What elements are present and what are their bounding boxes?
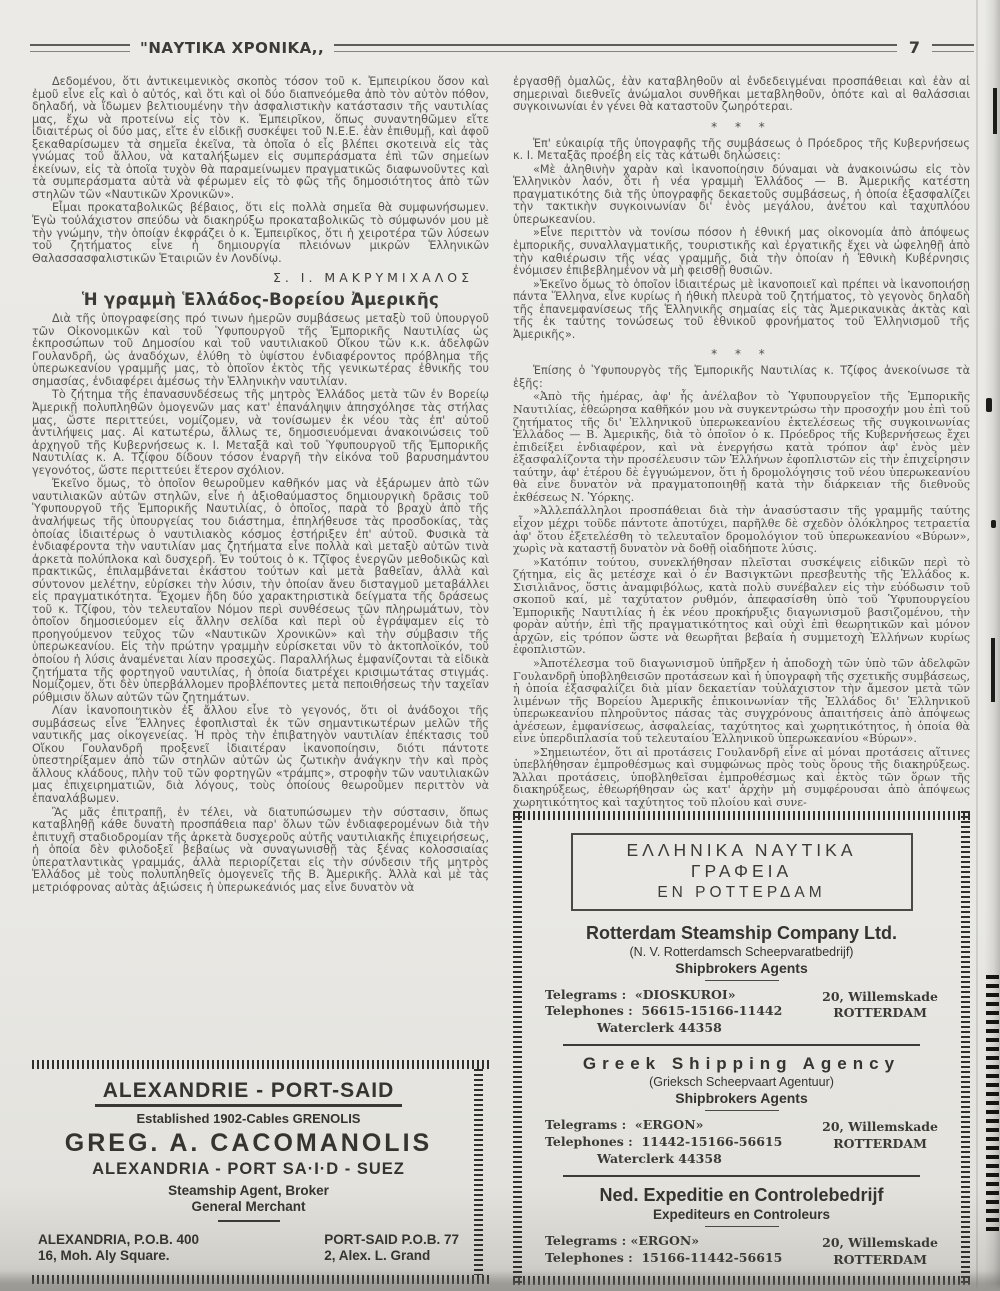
ad-title: ALEXANDRIE - PORT-SAID <box>95 1079 403 1107</box>
magazine-page: "ΝΑΥΤΙΚΑ ΧΡΟΝΙΚΑ,, 7 Δεδομένου, ὅτι ἀντι… <box>0 0 1000 1291</box>
paragraph: Διὰ τῆς ὑπογραφείσης πρό τινων ἡμερῶν συ… <box>32 313 489 388</box>
contact-block: Telegrams : «ERGON» Telephones : 11442-1… <box>543 1117 940 1168</box>
masthead: "ΝΑΥΤΙΚΑ ΧΡΟΝΙΚΑ,, 7 <box>30 38 974 57</box>
paragraph: ἐργασθῇ ὁμαλῶς, ἐὰν καταβληθοῦν αἱ ἐνδεδ… <box>513 76 970 114</box>
address-line: 2, Alex. L. Grand <box>324 1248 459 1264</box>
telegrams-line: Telegrams : «DIOSKUROI» <box>545 987 782 1004</box>
company-role: Shipbrokers Agents <box>543 1090 940 1106</box>
quote-paragraph: »Ἀποτέλεσμα τοῦ διαγωνισμοῦ ὑπῆρξεν ἡ ἀπ… <box>513 658 970 746</box>
contact-lines: Telegrams : «DIOSKUROI» Telephones : 566… <box>545 987 782 1038</box>
page-fold-line <box>976 0 978 1291</box>
ad-address-portsaid: PORT-SAID P.O.B. 77 2, Alex. L. Grand <box>324 1232 459 1264</box>
telegrams-value: «DIOSKUROI» <box>635 987 736 1002</box>
ad-title-line: ΕΝ ΡΟΤΤΕΡΔΑΜ <box>577 884 907 902</box>
quote-paragraph: «Ἀπὸ τῆς ἡμέρας, ἀφ' ἧς ἀνέλαβον τὸ Ὑφυπ… <box>513 391 970 504</box>
contact-address: 20, Willemskade ROTTERDAM <box>822 987 938 1023</box>
role-underline <box>705 980 779 981</box>
hatch-border-left <box>513 811 522 1285</box>
section-separator: * * * <box>513 120 970 134</box>
paragraph: Τὸ ζήτημα τῆς ἐπανασυνδέσεως τῆς μητρὸς … <box>32 389 489 477</box>
paragraph: Ἂς μᾶς ἐπιτραπῇ, ἐν τέλει, νὰ διατυπώσωμ… <box>32 807 489 895</box>
ad-addresses: ALEXANDRIA, P.O.B. 400 16, Moh. Aly Squa… <box>34 1232 463 1264</box>
ad-title-box: ΕΛΛΗΝΙΚΑ ΝΑΥΤΙΚΑ ΓΡΑΦΕΙΑ ΕΝ ΡΟΤΤΕΡΔΑΜ <box>571 833 913 911</box>
address-line: 20, Willemskade <box>822 1119 938 1136</box>
telephones-line: Telephones : 11442-15166-56615 <box>545 1134 782 1151</box>
address-line: ROTTERDAM <box>822 1005 938 1022</box>
paragraph: Δεδομένου, ὅτι ἀντικειμενικὸς σκοπὸς τόσ… <box>32 76 489 201</box>
company-role: Shipbrokers Agents <box>543 960 940 976</box>
ad-divider-rule <box>218 1220 280 1222</box>
contact-lines: Telegrams : «ERGON» Telephones : 11442-1… <box>545 1117 782 1168</box>
binding-mark <box>991 638 995 702</box>
address-line: 16, Moh. Aly Square. <box>38 1248 199 1264</box>
quote-paragraph: »Ἐκεῖνο ὅμως τὸ ὁποῖον ἰδιαιτέρως μὲ ἱκα… <box>513 279 970 342</box>
hatch-border-top <box>513 811 970 820</box>
paragraph: Ἐκεῖνο ὅμως, τὸ ὁποῖον θεωροῦμεν καθῆκόν… <box>32 478 489 704</box>
telegrams-line: Telegrams : «ERGON» <box>545 1117 782 1134</box>
company-name: Ned. Expeditie en Controlebedrijf <box>543 1185 940 1206</box>
telephones-value: 56615-15166-11442 <box>641 1003 782 1018</box>
right-column: ἐργασθῇ ὁμαλῶς, ἐὰν καταβληθοῦν αἱ ἐνδεδ… <box>513 76 970 1284</box>
binding-mark <box>993 88 997 134</box>
quote-paragraph: »Ἀλλεπάλληλοι προσπάθειαι διὰ τὴν ἀνασύσ… <box>513 505 970 555</box>
paragraph: Ἐπίσης ὁ Ὑφυπουργὸς τῆς Ἐμπορικῆς Ναυτιλ… <box>513 365 970 390</box>
telephones-value: 11442-15166-56615 <box>641 1134 782 1149</box>
hatch-border-right <box>474 1069 483 1275</box>
address-line: PORT-SAID P.O.B. 77 <box>324 1232 459 1248</box>
contact-address: 20, Willemskade ROTTERDAM <box>822 1233 938 1269</box>
contact-address: 20, Willemskade ROTTERDAM <box>822 1117 938 1153</box>
hatch-border-top <box>32 1060 489 1069</box>
ad-role-line: General Merchant <box>34 1199 463 1215</box>
telegrams-label: Telegrams : <box>545 1117 626 1132</box>
binding-mark <box>991 520 996 528</box>
binding-mark-hatch <box>986 975 999 1233</box>
author-signature: Σ. Ι. ΜΑΚΡΥΜΙΧΑΛΟΣ <box>32 270 489 285</box>
company-name: Greek Shipping Agency <box>543 1054 940 1074</box>
ad-address-alexandria: ALEXANDRIA, P.O.B. 400 16, Moh. Aly Squa… <box>38 1232 199 1264</box>
role-underline <box>705 1110 779 1111</box>
section-divider <box>563 1175 920 1177</box>
company-name: Rotterdam Steamship Company Ltd. <box>543 923 940 944</box>
quote-paragraph: »Σημειωτέον, ὅτι αἱ προτάσεις Γουλανδρῆ … <box>513 747 970 810</box>
telephones-line: Telephones : 15166-11442-56615 <box>545 1250 782 1267</box>
masthead-rule-right <box>932 44 974 52</box>
page-bottom-shadow <box>0 1271 1000 1291</box>
ad-role-line: Steamship Agent, Broker <box>34 1183 463 1199</box>
contact-lines: Telegrams : «ERGON» Telephones : 15166-1… <box>545 1233 782 1267</box>
telephones-label: Telephones : <box>545 1250 633 1265</box>
telegrams-label: Telegrams : <box>545 1233 626 1248</box>
address-line: ROTTERDAM <box>822 1136 938 1153</box>
ad-title-line: ΕΛΛΗΝΙΚΑ ΝΑΥΤΙΚΑ ΓΡΑΦΕΙΑ <box>577 840 907 882</box>
ad-rotterdam-offices: ΕΛΛΗΝΙΚΑ ΝΑΥΤΙΚΑ ΓΡΑΦΕΙΑ ΕΝ ΡΟΤΤΕΡΔΑΜ Ro… <box>513 811 970 1285</box>
company-subtitle: (Grieksch Scheepvaart Agentuur) <box>543 1075 940 1089</box>
address-line: ROTTERDAM <box>822 1252 938 1269</box>
quote-paragraph: »Εἶνε περιττὸν νὰ τονίσω πόσον ἡ ἐθνική … <box>513 227 970 277</box>
telegrams-label: Telegrams : <box>545 987 626 1002</box>
ad-section-rotterdam-steamship: Rotterdam Steamship Company Ltd. (N. V. … <box>543 923 940 1038</box>
paragraph: Ἐπ' εὐκαιρίᾳ τῆς ὑπογραφῆς τῆς συμβάσεως… <box>513 138 970 163</box>
contact-block: Telegrams : «ERGON» Telephones : 15166-1… <box>543 1233 940 1269</box>
telegrams-value: «ERGON» <box>631 1233 700 1248</box>
telegrams-value: «ERGON» <box>635 1117 704 1132</box>
role-underline <box>705 1226 779 1227</box>
section-separator: * * * <box>513 347 970 361</box>
company-subtitle: Expediteurs en Controleurs <box>543 1207 940 1222</box>
magazine-title: "ΝΑΥΤΙΚΑ ΧΡΟΝΙΚΑ,, <box>140 39 324 57</box>
telephones-value: 15166-11442-56615 <box>641 1250 782 1265</box>
telephones-label: Telephones : <box>545 1134 633 1149</box>
address-line: 20, Willemskade <box>822 989 938 1006</box>
article-heading: Ἡ γραμμὴ Ἑλλάδος-Βορείου Ἀμερικῆς <box>32 290 489 309</box>
masthead-rule-left <box>30 44 130 52</box>
ad-established-line: Established 1902-Cables GRENOLIS <box>34 1111 463 1126</box>
ad-section-ned-expeditie: Ned. Expeditie en Controlebedrijf Expedi… <box>543 1185 940 1269</box>
address-line: ALEXANDRIA, P.O.B. 400 <box>38 1232 199 1248</box>
ad-company-name: GREG. A. CACOMANOLIS <box>34 1129 463 1158</box>
article-columns: Δεδομένου, ὅτι ἀντικειμενικὸς σκοπὸς τόσ… <box>32 76 970 1284</box>
masthead-rule-middle <box>334 44 897 52</box>
telephones-label: Telephones : <box>545 1003 633 1018</box>
waterclerk-line: Waterclerk 44358 <box>545 1151 782 1168</box>
binding-mark <box>986 398 992 412</box>
left-column: Δεδομένου, ὅτι ἀντικειμενικὸς σκοπὸς τόσ… <box>32 76 489 1284</box>
address-line: 20, Willemskade <box>822 1235 938 1252</box>
telephones-line: Telephones : 56615-15166-11442 <box>545 1003 782 1020</box>
paragraph: Εἶμαι προκαταβολικῶς βέβαιος, ὅτι εἰς πο… <box>32 202 489 265</box>
page-number: 7 <box>907 38 922 57</box>
quote-paragraph: »Κατόπιν τούτου, συνεκλήθησαν πλεῖσται σ… <box>513 557 970 657</box>
contact-block: Telegrams : «DIOSKUROI» Telephones : 566… <box>543 987 940 1038</box>
quote-paragraph: «Μὲ ἀληθινὴν χαρὰν καὶ ἱκανοποίησιν δύνα… <box>513 164 970 227</box>
hatch-border-right <box>961 811 970 1285</box>
ad-cities-line: ALEXANDRIA - PORT SA·I·D - SUEZ <box>34 1160 463 1179</box>
paragraph: Λίαν ἱκανοποιητικὸν ἐξ ἄλλου εἶνε τὸ γεγ… <box>32 705 489 805</box>
telegrams-line: Telegrams : «ERGON» <box>545 1233 782 1250</box>
section-divider <box>563 1044 920 1046</box>
ad-cacomanolis: ALEXANDRIE - PORT-SAID Established 1902-… <box>32 1060 489 1284</box>
company-subtitle: (N. V. Rotterdamsch Scheepvaratbedrijf) <box>543 945 940 959</box>
ad-section-greek-shipping-agency: Greek Shipping Agency (Grieksch Scheepva… <box>543 1054 940 1168</box>
waterclerk-line: Waterclerk 44358 <box>545 1020 782 1037</box>
